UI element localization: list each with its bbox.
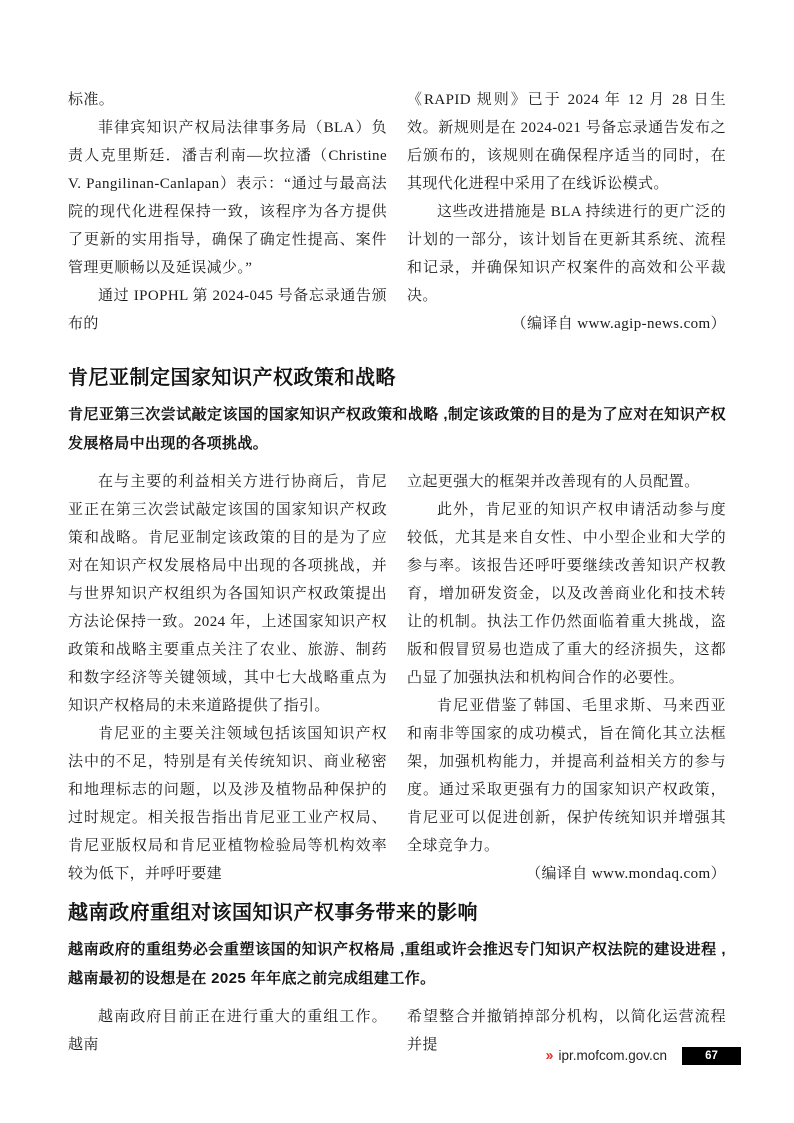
article-left-column: 越南政府目前正在进行重大的重组工作。越南 [68, 1003, 387, 1059]
page-footer: ›› ipr.mofcom.gov.cn 67 [545, 1047, 741, 1065]
article-paragraph: 通过 IPOPHL 第 2024-045 号备忘录通告颁布的 [68, 282, 387, 338]
article-right-column: 《RAPID 规则》已于 2024 年 12 月 28 日生效。新规则是在 20… [407, 86, 726, 338]
article-paragraph: 此外，肯尼亚的知识产权申请活动参与度较低，尤其是来自女性、中小型企业和大学的参与… [407, 496, 726, 692]
article-right-column: 立起更强大的框架并改善现有的人员配置。 此外，肯尼亚的知识产权申请活动参与度较低… [407, 468, 726, 888]
article-paragraph: 越南政府目前正在进行重大的重组工作。越南 [68, 1003, 387, 1059]
article-title: 越南政府重组对该国知识产权事务带来的影响 [68, 897, 726, 929]
article-philippines-continued: 标准。 菲律宾知识产权局法律事务局（BLA）负责人克里斯廷．潘吉利南—坎拉潘（C… [68, 86, 726, 338]
document-page: 标准。 菲律宾知识产权局法律事务局（BLA）负责人克里斯廷．潘吉利南—坎拉潘（C… [0, 0, 794, 1123]
article-vietnam: 越南政府重组对该国知识产权事务带来的影响 越南政府的重组势必会重塑该国的知识产权… [68, 897, 726, 1059]
page-number-badge: 67 [682, 1047, 741, 1065]
double-chevron-right-icon: ›› [545, 1047, 551, 1065]
article-left-column: 标准。 菲律宾知识产权局法律事务局（BLA）负责人克里斯廷．潘吉利南—坎拉潘（C… [68, 86, 387, 338]
article-paragraph: 肯尼亚借鉴了韩国、毛里求斯、马来西亚和南非等国家的成功模式，旨在简化其立法框架，… [407, 692, 726, 860]
article-paragraph: 肯尼亚的主要关注领域包括该国知识产权法中的不足，特别是有关传统知识、商业秘密和地… [68, 720, 387, 888]
footer-site-link[interactable]: ipr.mofcom.gov.cn [558, 1047, 667, 1065]
article-lead: 肯尼亚第三次尝试敲定该国的国家知识产权政策和战略 ,制定该政策的目的是为了应对在… [68, 400, 726, 458]
article-paragraph: 菲律宾知识产权局法律事务局（BLA）负责人克里斯廷．潘吉利南—坎拉潘（Chris… [68, 114, 387, 282]
article-source: （编译自 www.mondaq.com） [407, 860, 726, 888]
article-left-column: 在与主要的利益相关方进行协商后，肯尼亚正在第三次尝试敲定该国的国家知识产权政策和… [68, 468, 387, 888]
article-paragraph: 立起更强大的框架并改善现有的人员配置。 [407, 468, 726, 496]
article-title: 肯尼亚制定国家知识产权政策和战略 [68, 362, 726, 394]
article-lead: 越南政府的重组势必会重塑该国的知识产权格局 ,重组或许会推迟专门知识产权法院的建… [68, 935, 726, 993]
article-source: （编译自 www.agip-news.com） [407, 310, 726, 338]
article-paragraph: 《RAPID 规则》已于 2024 年 12 月 28 日生效。新规则是在 20… [407, 86, 726, 198]
article-paragraph: 这些改进措施是 BLA 持续进行的更广泛的计划的一部分，该计划旨在更新其系统、流… [407, 198, 726, 310]
article-kenya: 肯尼亚制定国家知识产权政策和战略 肯尼亚第三次尝试敲定该国的国家知识产权政策和战… [68, 362, 726, 888]
article-paragraph: 在与主要的利益相关方进行协商后，肯尼亚正在第三次尝试敲定该国的国家知识产权政策和… [68, 468, 387, 720]
two-column-layout: 标准。 菲律宾知识产权局法律事务局（BLA）负责人克里斯廷．潘吉利南—坎拉潘（C… [68, 86, 726, 338]
two-column-layout: 在与主要的利益相关方进行协商后，肯尼亚正在第三次尝试敲定该国的国家知识产权政策和… [68, 468, 726, 888]
article-paragraph: 标准。 [68, 86, 387, 114]
